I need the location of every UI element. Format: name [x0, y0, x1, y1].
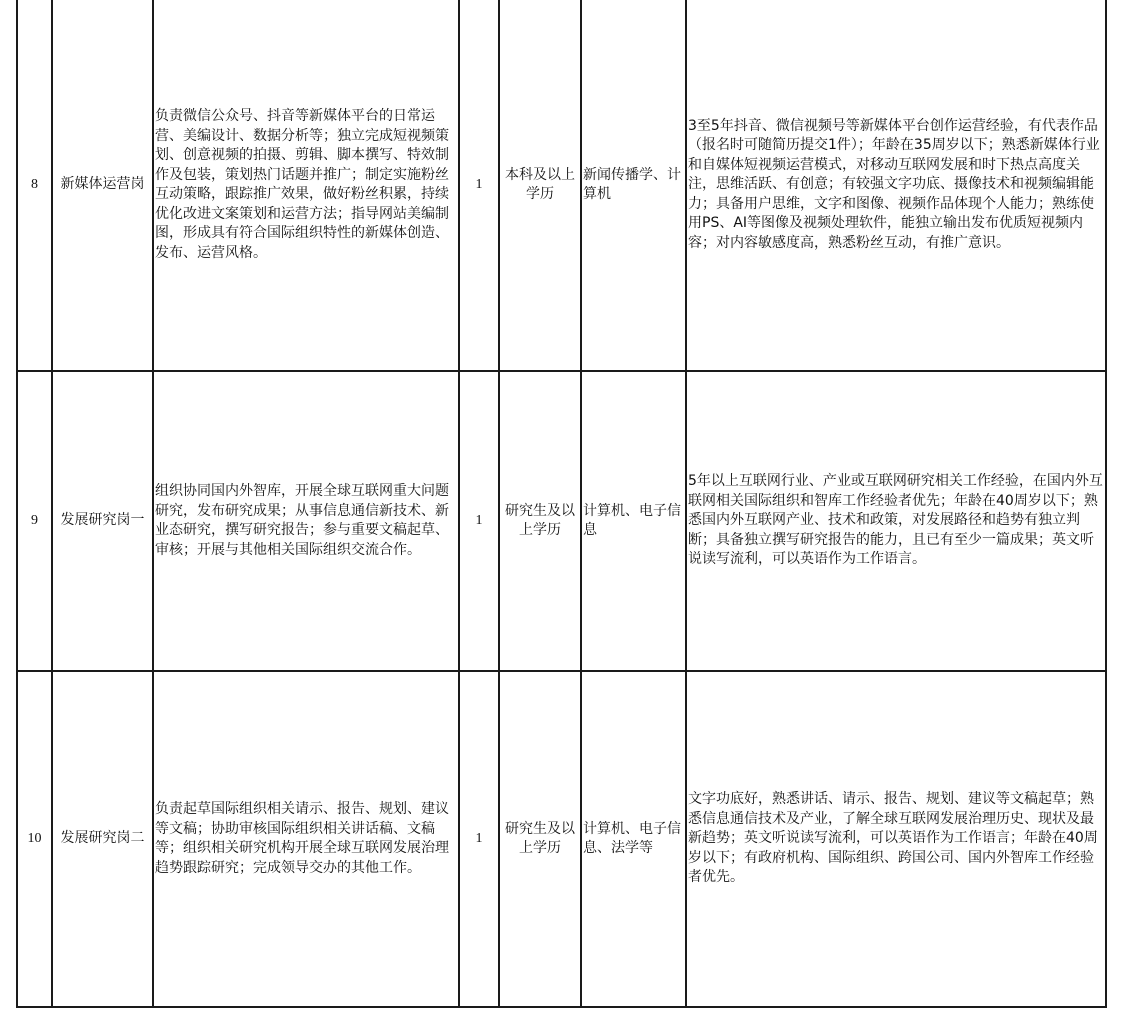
headcount: 1: [459, 0, 499, 371]
major-requirement: 计算机、电子信息、法学等: [581, 671, 686, 1007]
table-row: 10 发展研究岗二 负责起草国际组织相关请示、报告、规划、建议等文稿；协助审核国…: [17, 671, 1106, 1007]
education-requirement: 研究生及以上学历: [499, 371, 581, 671]
other-requirements: 5年以上互联网行业、产业或互联网研究相关工作经验，在国内外互联网相关国际组织和智…: [686, 371, 1106, 671]
position-name: 新媒体运营岗: [52, 0, 153, 371]
education-requirement: 本科及以上学历: [499, 0, 581, 371]
major-requirement: 计算机、电子信息: [581, 371, 686, 671]
other-requirements: 文字功底好，熟悉讲话、请示、报告、规划、建议等文稿起草；熟悉信息通信技术及产业，…: [686, 671, 1106, 1007]
job-duties: 负责微信公众号、抖音等新媒体平台的日常运营、美编设计、数据分析等；独立完成短视频…: [153, 0, 459, 371]
major-requirement: 新闻传播学、计算机: [581, 0, 686, 371]
table-row: 9 发展研究岗一 组织协同国内外智库，开展全球互联网重大问题研究，发布研究成果；…: [17, 371, 1106, 671]
row-index: 9: [17, 371, 52, 671]
headcount: 1: [459, 371, 499, 671]
other-requirements: 3至5年抖音、微信视频号等新媒体平台创作运营经验，有代表作品（报名时可随简历提交…: [686, 0, 1106, 371]
row-index: 8: [17, 0, 52, 371]
job-duties: 组织协同国内外智库，开展全球互联网重大问题研究，发布研究成果；从事信息通信新技术…: [153, 371, 459, 671]
education-requirement: 研究生及以上学历: [499, 671, 581, 1007]
position-name: 发展研究岗二: [52, 671, 153, 1007]
table-row: 8 新媒体运营岗 负责微信公众号、抖音等新媒体平台的日常运营、美编设计、数据分析…: [17, 0, 1106, 371]
job-positions-table: 8 新媒体运营岗 负责微信公众号、抖音等新媒体平台的日常运营、美编设计、数据分析…: [16, 0, 1107, 1008]
job-duties: 负责起草国际组织相关请示、报告、规划、建议等文稿；协助审核国际组织相关讲话稿、文…: [153, 671, 459, 1007]
row-index: 10: [17, 671, 52, 1007]
headcount: 1: [459, 671, 499, 1007]
position-name: 发展研究岗一: [52, 371, 153, 671]
